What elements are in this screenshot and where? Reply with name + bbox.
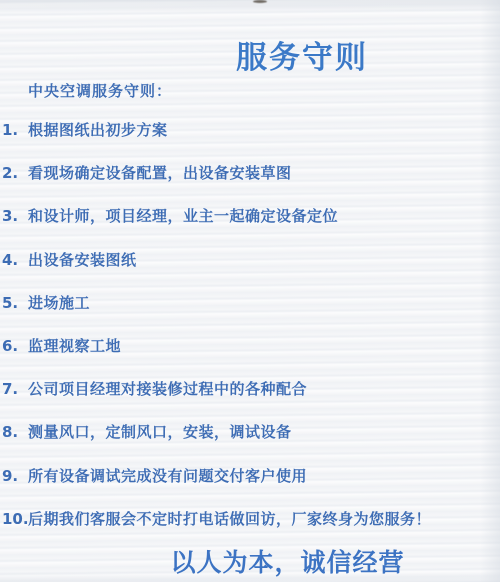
list-item-number: 2. (0, 164, 28, 182)
list-item: 7. 公司项目经理对接装修过程中的各种配合 (0, 380, 500, 423)
list-item-text: 公司项目经理对接装修过程中的各种配合 (28, 380, 307, 398)
list-item: 3. 和设计师，项目经理，业主一起确定设备定位 (0, 207, 500, 250)
list-item-text: 根据图纸出初步方案 (28, 121, 168, 139)
list-item-number: 8. (0, 423, 28, 441)
footer-slogan: 以人为本，诚信经营 (75, 548, 500, 578)
list-item-number: 3. (0, 207, 28, 225)
rules-list: 1. 根据图纸出初步方案 2. 看现场确定设备配置，出设备安装草图 3. 和设计… (0, 121, 500, 553)
list-item-number: 4. (0, 251, 28, 269)
page-title: 服务守则 (104, 40, 500, 76)
list-item: 8. 测量风口，定制风口，安装，调试设备 (0, 423, 500, 466)
list-item-number: 9. (0, 467, 28, 485)
list-item: 1. 根据图纸出初步方案 (0, 121, 500, 164)
list-item-text: 看现场确定设备配置，出设备安装草图 (28, 164, 292, 182)
list-item-number: 6. (0, 337, 28, 355)
list-item-number: 5. (0, 294, 28, 312)
list-item-number: 10. (0, 510, 28, 528)
list-item-text: 进场施工 (28, 294, 90, 312)
list-item-text: 后期我们客服会不定时打电话做回访，厂家终身为您服务！ (28, 510, 431, 528)
document-page: 服务守则 中央空调服务守则： 1. 根据图纸出初步方案 2. 看现场确定设备配置… (0, 0, 500, 582)
list-item-text: 和设计师，项目经理，业主一起确定设备定位 (28, 207, 338, 225)
list-item: 6. 监理视察工地 (0, 337, 500, 380)
list-item-number: 1. (0, 121, 28, 139)
list-item-text: 测量风口，定制风口，安装，调试设备 (28, 423, 292, 441)
list-item-text: 所有设备调试完成没有问题交付客户使用 (28, 467, 307, 485)
list-item-text: 出设备安装图纸 (28, 251, 137, 269)
scan-smudge-mark (253, 0, 267, 3)
list-item: 2. 看现场确定设备配置，出设备安装草图 (0, 164, 500, 207)
list-item: 10. 后期我们客服会不定时打电话做回访，厂家终身为您服务！ (0, 510, 500, 553)
list-item-number: 7. (0, 380, 28, 398)
list-item-text: 监理视察工地 (28, 337, 121, 355)
list-item: 5. 进场施工 (0, 294, 500, 337)
list-item: 9. 所有设备调试完成没有问题交付客户使用 (0, 467, 500, 510)
list-item: 4. 出设备安装图纸 (0, 251, 500, 294)
list-subtitle: 中央空调服务守则： (28, 80, 172, 101)
